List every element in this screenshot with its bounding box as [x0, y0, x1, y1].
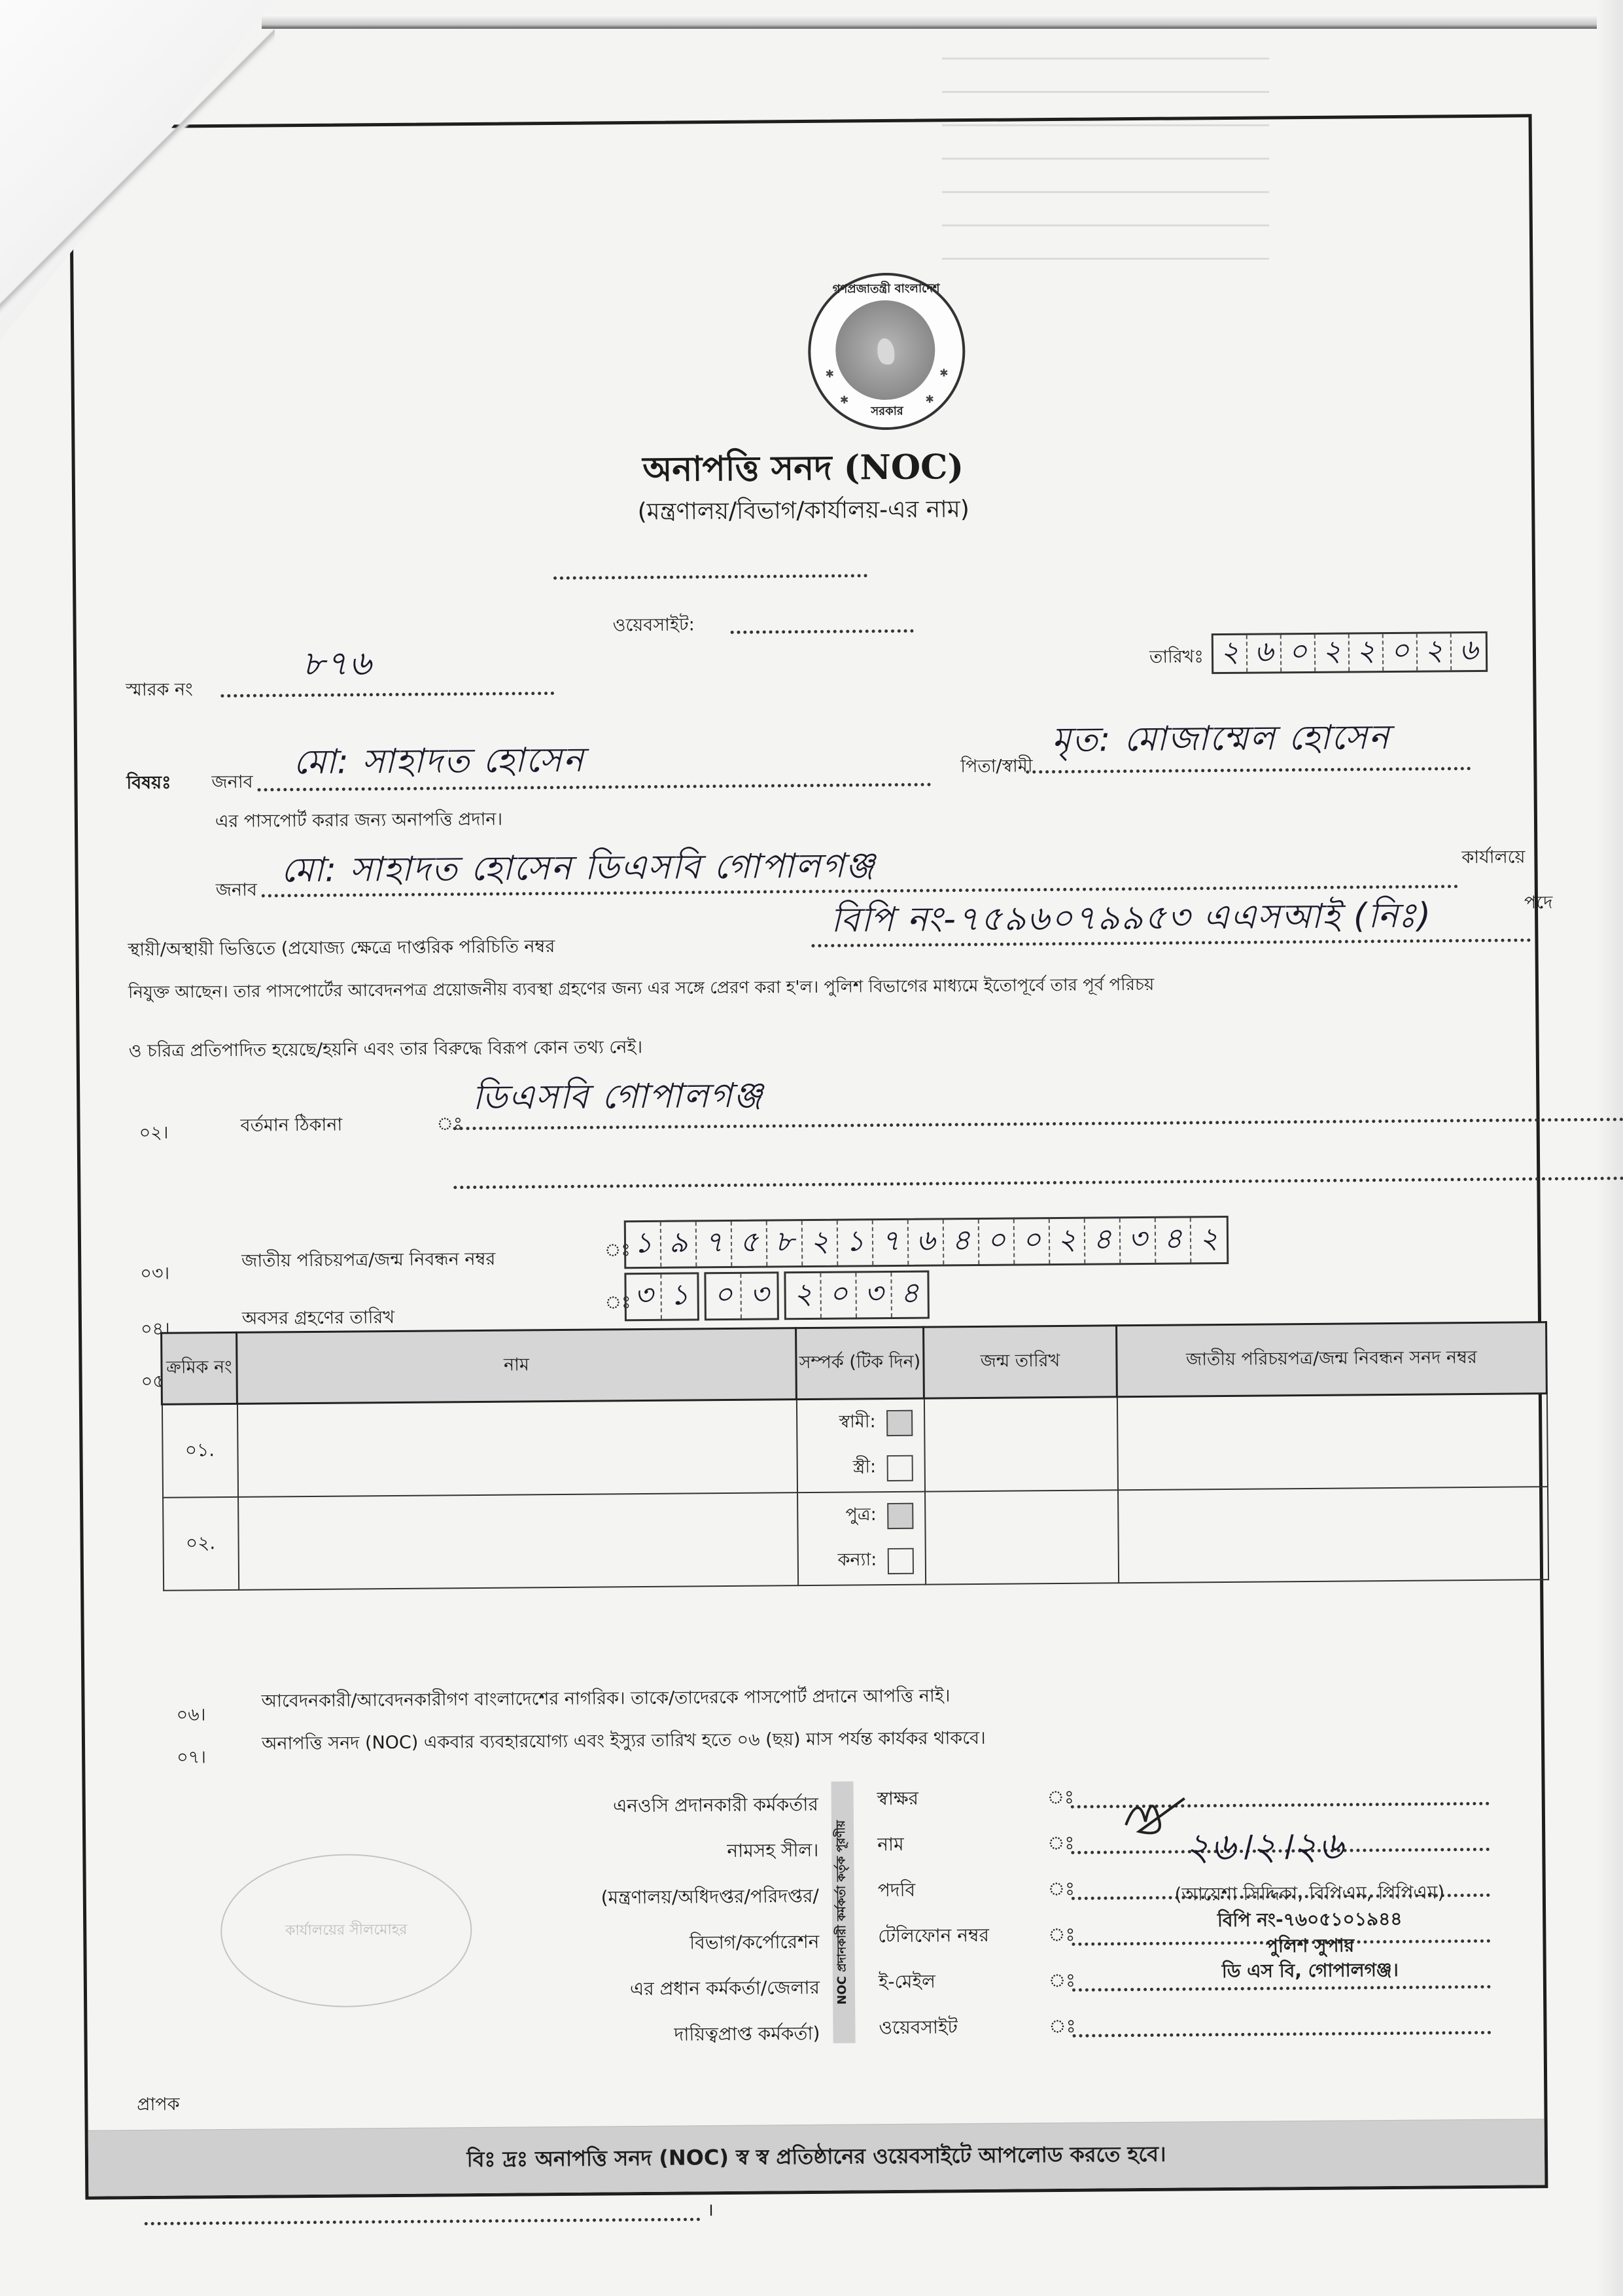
- officer-field-label: স্বাক্ষর: [877, 1783, 1047, 1815]
- relation-checkbox-husband[interactable]: [886, 1409, 913, 1436]
- fold-crease: [0, 0, 275, 340]
- digit-box[interactable]: ২: [1213, 635, 1248, 672]
- government-emblem: গণপ্রজাতন্ত্রী বাংলাদেশ ✱ ✱ ✱ ✱ সরকার: [807, 272, 966, 431]
- emblem-ring-text: গণপ্রজাতন্ত্রী বাংলাদেশ: [810, 279, 962, 300]
- nid-label: জাতীয় পরিচয়পত্র/জন্ম নিবন্ধন নম্বর: [241, 1246, 495, 1277]
- validity-statement: অনাপত্তি সনদ (NOC) একবার ব্যবহারযোগ্য এব…: [262, 1725, 986, 1760]
- officer-field-colon: ঃ: [1047, 1829, 1071, 1860]
- officer-stamp-office: ডি এস বি, গোপালগঞ্জ।: [1062, 1954, 1559, 1989]
- digit-box[interactable]: ২: [1050, 1219, 1086, 1263]
- memo-field[interactable]: [220, 692, 554, 698]
- date-boxes[interactable]: ২৬০২২০২৬: [1212, 631, 1488, 674]
- digit-box[interactable]: ৪: [1085, 1218, 1121, 1263]
- digit-box[interactable]: ২: [1350, 634, 1384, 671]
- digit-box[interactable]: ২: [1316, 634, 1350, 671]
- family-members-table: ক্রমিক নং নাম সম্পর্ক (টিক দিন) জন্ম তার…: [160, 1321, 1549, 1591]
- digit-box[interactable]: ০: [1015, 1219, 1051, 1263]
- retirement-month-boxes[interactable]: ০৩: [704, 1271, 779, 1320]
- body-line2-suffix: পদে: [1524, 889, 1553, 919]
- footer-note: বিঃ দ্রঃ অনাপত্তি সনদ (NOC) স্ব স্ব প্রত…: [466, 2138, 1166, 2178]
- father-name-value: মৃত: মোজাম্মেল হোসেন: [1052, 711, 1391, 770]
- digit-box[interactable]: ৫: [732, 1221, 768, 1265]
- officer-field-label: ওয়েবসাইট: [879, 2012, 1049, 2044]
- col-name: নাম: [237, 1328, 797, 1404]
- ministry-name-field[interactable]: [553, 574, 867, 580]
- digit-box[interactable]: ৭: [873, 1220, 909, 1265]
- memo-label: স্মারক নং: [126, 676, 193, 706]
- address-value: ডিএসবি গোপালগঞ্জ: [472, 1069, 764, 1128]
- subject-suffix: এর পাসপোর্ট করার জন্য অনাপত্তি প্রদান।: [215, 806, 503, 838]
- body-line4: ও চরিত্র প্রতিপাদিত হয়েছে/হয়নি এবং তার…: [129, 1034, 643, 1067]
- relation-cell: স্বামী: স্ত্রী:: [796, 1398, 924, 1492]
- star-icon: ✱: [939, 366, 949, 379]
- digit-box[interactable]: ৮: [767, 1221, 803, 1265]
- address-field-line2[interactable]: [453, 1176, 1623, 1189]
- signature-date: ২৬।২।২৬: [1185, 1817, 1345, 1882]
- officer-desc-line: এর প্রধান কর্মকর্তা/জেলার: [630, 1965, 820, 2012]
- recipient-line-end: ।: [707, 2197, 714, 2221]
- relation-cell: পুত্র: কন্যা:: [797, 1492, 926, 1586]
- footer-note-band: বিঃ দ্রঃ অনাপত্তি সনদ (NOC) স্ব স্ব প্রত…: [88, 2119, 1545, 2196]
- digit-box[interactable]: ১: [661, 1274, 697, 1318]
- item-number: ০৬।: [177, 1701, 206, 1731]
- item-number: ০৭।: [177, 1744, 206, 1773]
- officer-field-label: টেলিফোন নম্বর: [878, 1920, 1048, 1952]
- member-name-cell[interactable]: [237, 1400, 797, 1497]
- officer-field-colon: ঃ: [1049, 2012, 1072, 2043]
- officer-desc-line: এনওসি প্রদানকারী কর্মকর্তার: [613, 1782, 818, 1829]
- retirement-date-boxes[interactable]: ৩১ ০৩ ২০৩৪: [624, 1271, 930, 1322]
- digit-box[interactable]: ৩: [626, 1275, 662, 1319]
- digit-box[interactable]: ০: [706, 1274, 742, 1318]
- applicant-name-value: মো: সাহাদত হোসেন: [293, 733, 585, 792]
- officer-field-label: পদবি: [878, 1875, 1048, 1907]
- row-serial: ০১.: [162, 1404, 237, 1497]
- item-number: ০৩।: [140, 1260, 169, 1290]
- citizen-statement: আবেদনকারী/আবেদনকারীগণ বাংলাদেশের নাগরিক।…: [261, 1682, 950, 1717]
- digit-box[interactable]: ৩: [856, 1273, 892, 1317]
- office-seal-placeholder: কার্যালয়ের সীলমোহর: [220, 1853, 472, 2008]
- emblem-bottom-text: সরকার: [811, 401, 963, 423]
- officer-field-label: ই-মেইল: [879, 1966, 1049, 1998]
- digit-box[interactable]: ১: [626, 1222, 662, 1267]
- relation-checkbox-wife[interactable]: [886, 1455, 913, 1481]
- digit-box[interactable]: ০: [979, 1220, 1015, 1264]
- digit-box[interactable]: ০: [1282, 635, 1316, 671]
- officer-desc-line: নামসহ সীল।: [727, 1828, 818, 1874]
- dob-cell[interactable]: [924, 1397, 1117, 1492]
- col-nid: জাতীয় পরিচয়পত্র/জন্ম নিবন্ধন সনদ নম্বর: [1117, 1322, 1547, 1397]
- digit-box[interactable]: ০: [821, 1273, 857, 1317]
- relation-checkbox-son[interactable]: [887, 1502, 913, 1528]
- relation-label: পুত্র:: [845, 1501, 877, 1530]
- digit-box[interactable]: ৬: [1452, 633, 1486, 670]
- body-mr-label: জনাব: [216, 877, 257, 906]
- officer-field-row: ওয়েবসাইটঃ: [879, 2009, 1491, 2044]
- digit-box[interactable]: ৪: [892, 1273, 928, 1317]
- father-label: পিতা/স্বামী: [960, 752, 1033, 783]
- vertical-note: NOC প্রদানকারী কর্মকর্তা কর্তৃক পূরণীয়: [831, 1781, 855, 2043]
- digit-box[interactable]: ৯: [661, 1222, 697, 1266]
- digit-box[interactable]: ৪: [1156, 1218, 1192, 1262]
- col-relation: সম্পর্ক (টিক দিন): [796, 1327, 924, 1400]
- body-line3: নিযুক্ত আছেন। তার পাসপোর্টের আবেদনপত্র প…: [128, 971, 1155, 1008]
- bangladesh-map-icon: [877, 338, 894, 364]
- digit-box[interactable]: ৩: [1121, 1218, 1157, 1263]
- digit-box[interactable]: ৬: [909, 1220, 945, 1264]
- digit-box[interactable]: ০: [1384, 634, 1418, 671]
- digit-box[interactable]: ৩: [741, 1273, 777, 1318]
- digit-box[interactable]: ২: [1418, 633, 1452, 670]
- body-line2-prefix: স্থায়ী/অস্থায়ী ভিত্তিতে (প্রযোজ্য ক্ষে…: [128, 933, 555, 966]
- officer-fields: স্বাক্ষরঃনামঃপদবিঃটেলিফোন নম্বরঃই-মেইলঃও…: [73, 117, 1529, 128]
- col-serial: ক্রমিক নং: [162, 1332, 237, 1404]
- paper-right-edge: [1597, 0, 1623, 2296]
- signature-scribble-icon: [1119, 1785, 1192, 1858]
- address-label: বর্তমান ঠিকানা: [240, 1112, 342, 1142]
- digit-box[interactable]: ৭: [697, 1222, 733, 1266]
- officer-desc-line: (মন্ত্রণালয়/অধিদপ্তর/পরিদপ্তর/: [601, 1873, 819, 1921]
- noc-form-frame: গণপ্রজাতন্ত্রী বাংলাদেশ ✱ ✱ ✱ ✱ সরকার অন…: [69, 114, 1548, 2199]
- relation-label: কন্যা:: [837, 1546, 877, 1576]
- item-number: ০২।: [139, 1120, 169, 1149]
- officer-field-colon: ঃ: [1047, 1783, 1071, 1814]
- recipient-office-field[interactable]: [145, 2217, 701, 2225]
- officer-desc-line: বিভাগ/কর্পোরেশন: [689, 1919, 820, 1966]
- member-name-cell[interactable]: [238, 1492, 798, 1590]
- digit-box[interactable]: ১: [838, 1220, 874, 1265]
- row-serial: ০২.: [163, 1497, 239, 1591]
- website-field[interactable]: [731, 629, 914, 634]
- recipient-label: প্রাপক: [137, 2091, 180, 2121]
- dob-cell[interactable]: [925, 1490, 1119, 1584]
- nid-cell[interactable]: [1117, 1394, 1547, 1491]
- nid-number-boxes[interactable]: ১৯৭৫৮২১৭৬৪০০২৪৩৪২: [624, 1216, 1229, 1269]
- officer-field-input[interactable]: [1073, 2031, 1492, 2038]
- relation-checkbox-daughter[interactable]: [887, 1547, 913, 1574]
- digit-box[interactable]: ২: [786, 1273, 822, 1318]
- digit-box[interactable]: ২: [1191, 1218, 1227, 1262]
- office-fill-value: মো: সাহাদত হোসেন ডিএসবি গোপালগঞ্জ: [281, 839, 876, 900]
- date-label: তারিখঃ: [1149, 643, 1204, 673]
- retirement-day-boxes[interactable]: ৩১: [624, 1272, 699, 1321]
- digit-box[interactable]: ৪: [944, 1220, 980, 1264]
- table-row: ০২. পুত্র: কন্যা:: [163, 1487, 1548, 1591]
- relation-label: স্ত্রী:: [853, 1453, 877, 1483]
- officer-desc-line: দায়িত্বপ্রাপ্ত কর্মকর্তা): [674, 2011, 820, 2058]
- officer-field-label: নাম: [877, 1829, 1047, 1861]
- nid-cell[interactable]: [1118, 1487, 1548, 1583]
- star-icon: ✱: [826, 368, 835, 380]
- digit-box[interactable]: ৬: [1248, 635, 1282, 671]
- official-id-value: বিপি নং-৭৫৯৬০৭৯৯৫৩ এএসআই (নিঃ): [831, 889, 1433, 951]
- memo-value: ৮৭৬: [302, 637, 373, 694]
- retirement-year-boxes[interactable]: ২০৩৪: [784, 1271, 930, 1320]
- emblem-center: [835, 300, 935, 400]
- relation-label: স্বামী:: [839, 1408, 875, 1438]
- subject-label: বিষয়ঃ: [126, 769, 171, 800]
- table-row: ০১. স্বামী: স্ত্রী:: [162, 1394, 1547, 1498]
- office-suffix: কার্যালয়ে: [1461, 843, 1525, 874]
- address-colon: ঃ: [436, 1110, 462, 1140]
- col-dob: জন্ম তারিখ: [924, 1326, 1117, 1398]
- subject-mr-label: জনাব: [211, 769, 253, 798]
- officer-description: এনওসি প্রদানকারী কর্মকর্তার নামসহ সীল। (…: [478, 1782, 820, 2059]
- digit-box[interactable]: ২: [803, 1221, 839, 1265]
- website-label: ওয়েবসাইট:: [612, 611, 695, 641]
